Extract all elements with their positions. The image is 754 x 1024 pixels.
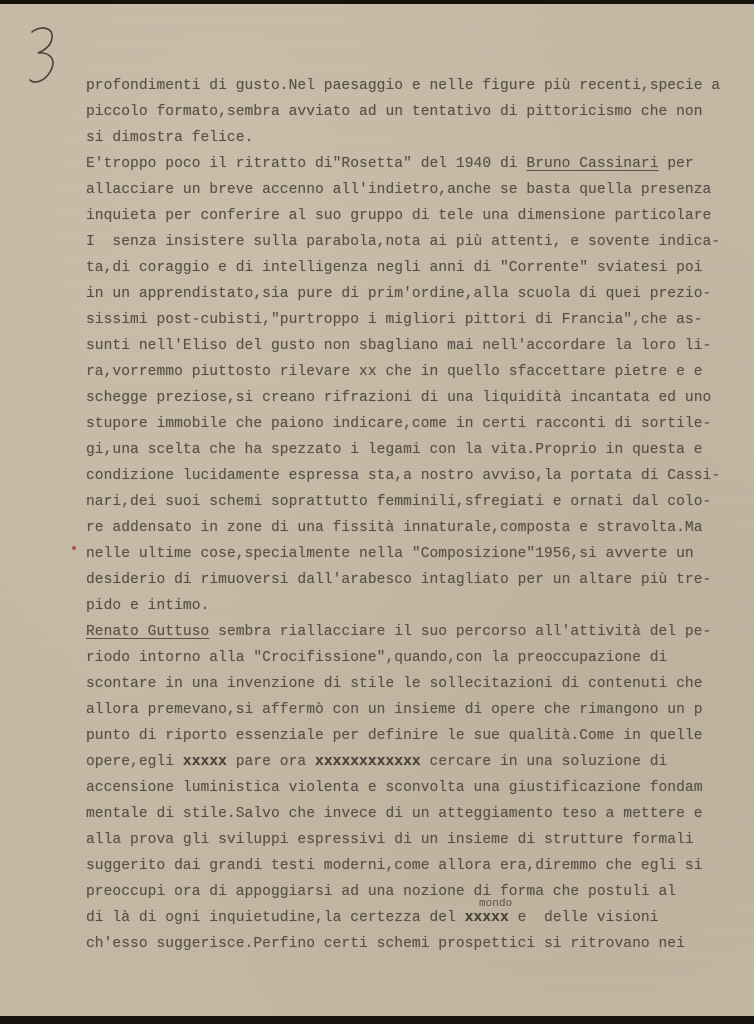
text-line: nelle ultime cose,specialmente nella "Co… xyxy=(86,544,694,564)
text-line: allacciare un breve accenno all'indietro… xyxy=(86,180,711,200)
text-line: pido e intimo. xyxy=(86,596,209,616)
text-line: alla prova gli sviluppi espressivi di un… xyxy=(86,830,694,850)
text-line: E'troppo poco il ritratto di"Rosetta" de… xyxy=(86,154,694,174)
text-line: di là di ogni inquietudine,la certezza d… xyxy=(86,908,659,928)
text-line: Renato Guttuso sembra riallacciare il su… xyxy=(86,622,711,642)
text-line: ta,di coraggio e di intelligenza negli a… xyxy=(86,258,703,278)
text-line: profondimenti di gusto.Nel paesaggio e n… xyxy=(86,76,720,96)
text-segment: e delle visioni xyxy=(509,910,659,926)
text-line: sissimi post-cubisti,"purtroppo i miglio… xyxy=(86,310,703,330)
text-line: desiderio di rimuoversi dall'arabesco in… xyxy=(86,570,711,590)
artist-name-cassinari: Bruno Cassinari xyxy=(526,156,658,172)
text-line: suggerito dai grandi testi moderni,come … xyxy=(86,856,703,876)
text-line: re addensato in zone di una fissità inna… xyxy=(86,518,703,538)
text-line: I senza insistere sulla parabola,nota ai… xyxy=(86,232,720,252)
struck-out-text: xxxxxxxxxxxx xyxy=(315,754,421,770)
text-segment: cercare in una soluzione di xyxy=(421,754,668,770)
text-line: opere,egli xxxxx pare ora xxxxxxxxxxxx c… xyxy=(86,752,667,772)
text-line: inquieta per conferire al suo gruppo di … xyxy=(86,206,711,226)
text-line: stupore immobile che paiono indicare,com… xyxy=(86,414,711,434)
text-line: nari,dei suoi schemi soprattutto femmini… xyxy=(86,492,711,512)
text-line: mentale di stile.Salvo che invece di un … xyxy=(86,804,703,824)
text-segment: pare ora xyxy=(227,754,315,770)
text-line: schegge preziose,si creano rifrazioni di… xyxy=(86,388,711,408)
margin-mark xyxy=(72,546,76,550)
text-line: piccolo formato,sembra avviato ad un ten… xyxy=(86,102,703,122)
text-line: in un apprendistato,sia pure di prim'ord… xyxy=(86,284,711,304)
text-line: riodo intorno alla "Crocifissione",quand… xyxy=(86,648,667,668)
text-line: ch'esso suggerisce.Perfino certi schemi … xyxy=(86,934,685,954)
text-line: sunti nell'Eliso del gusto non sbagliano… xyxy=(86,336,711,356)
text-line: allora premevano,si affermò con un insie… xyxy=(86,700,703,720)
text-line: preoccupi ora di appoggiarsi ad una nozi… xyxy=(86,882,676,902)
struck-out-text: xxxxx xyxy=(183,754,227,770)
text-segment: sembra riallacciare il suo percorso all'… xyxy=(209,624,711,640)
text-line: si dimostra felice. xyxy=(86,128,253,148)
text-segment: di là di ogni inquietudine,la certezza d… xyxy=(86,910,465,926)
scan-bottom-edge xyxy=(0,1016,754,1024)
text-line: punto di riporto essenziale per definire… xyxy=(86,726,703,746)
artist-name-guttuso: Renato Guttuso xyxy=(86,624,209,640)
text-line: condizione lucidamente espressa sta,a no… xyxy=(86,466,720,486)
text-segment: E'troppo poco il ritratto di"Rosetta" de… xyxy=(86,156,526,172)
handwritten-3-icon xyxy=(24,22,64,86)
text-line: accensione luministica violenta e sconvo… xyxy=(86,778,703,798)
text-segment: per xyxy=(659,156,694,172)
text-line: scontare in una invenzione di stile le s… xyxy=(86,674,703,694)
struck-out-text: xxxxx xyxy=(465,910,509,926)
handwritten-page-number xyxy=(24,22,64,86)
text-segment: opere,egli xyxy=(86,754,183,770)
text-line: ra,vorremmo piuttosto rilevare xx che in… xyxy=(86,362,703,382)
typewritten-page: profondimenti di gusto.Nel paesaggio e n… xyxy=(0,4,754,1018)
text-line: gi,una scelta che ha spezzato i legami c… xyxy=(86,440,703,460)
